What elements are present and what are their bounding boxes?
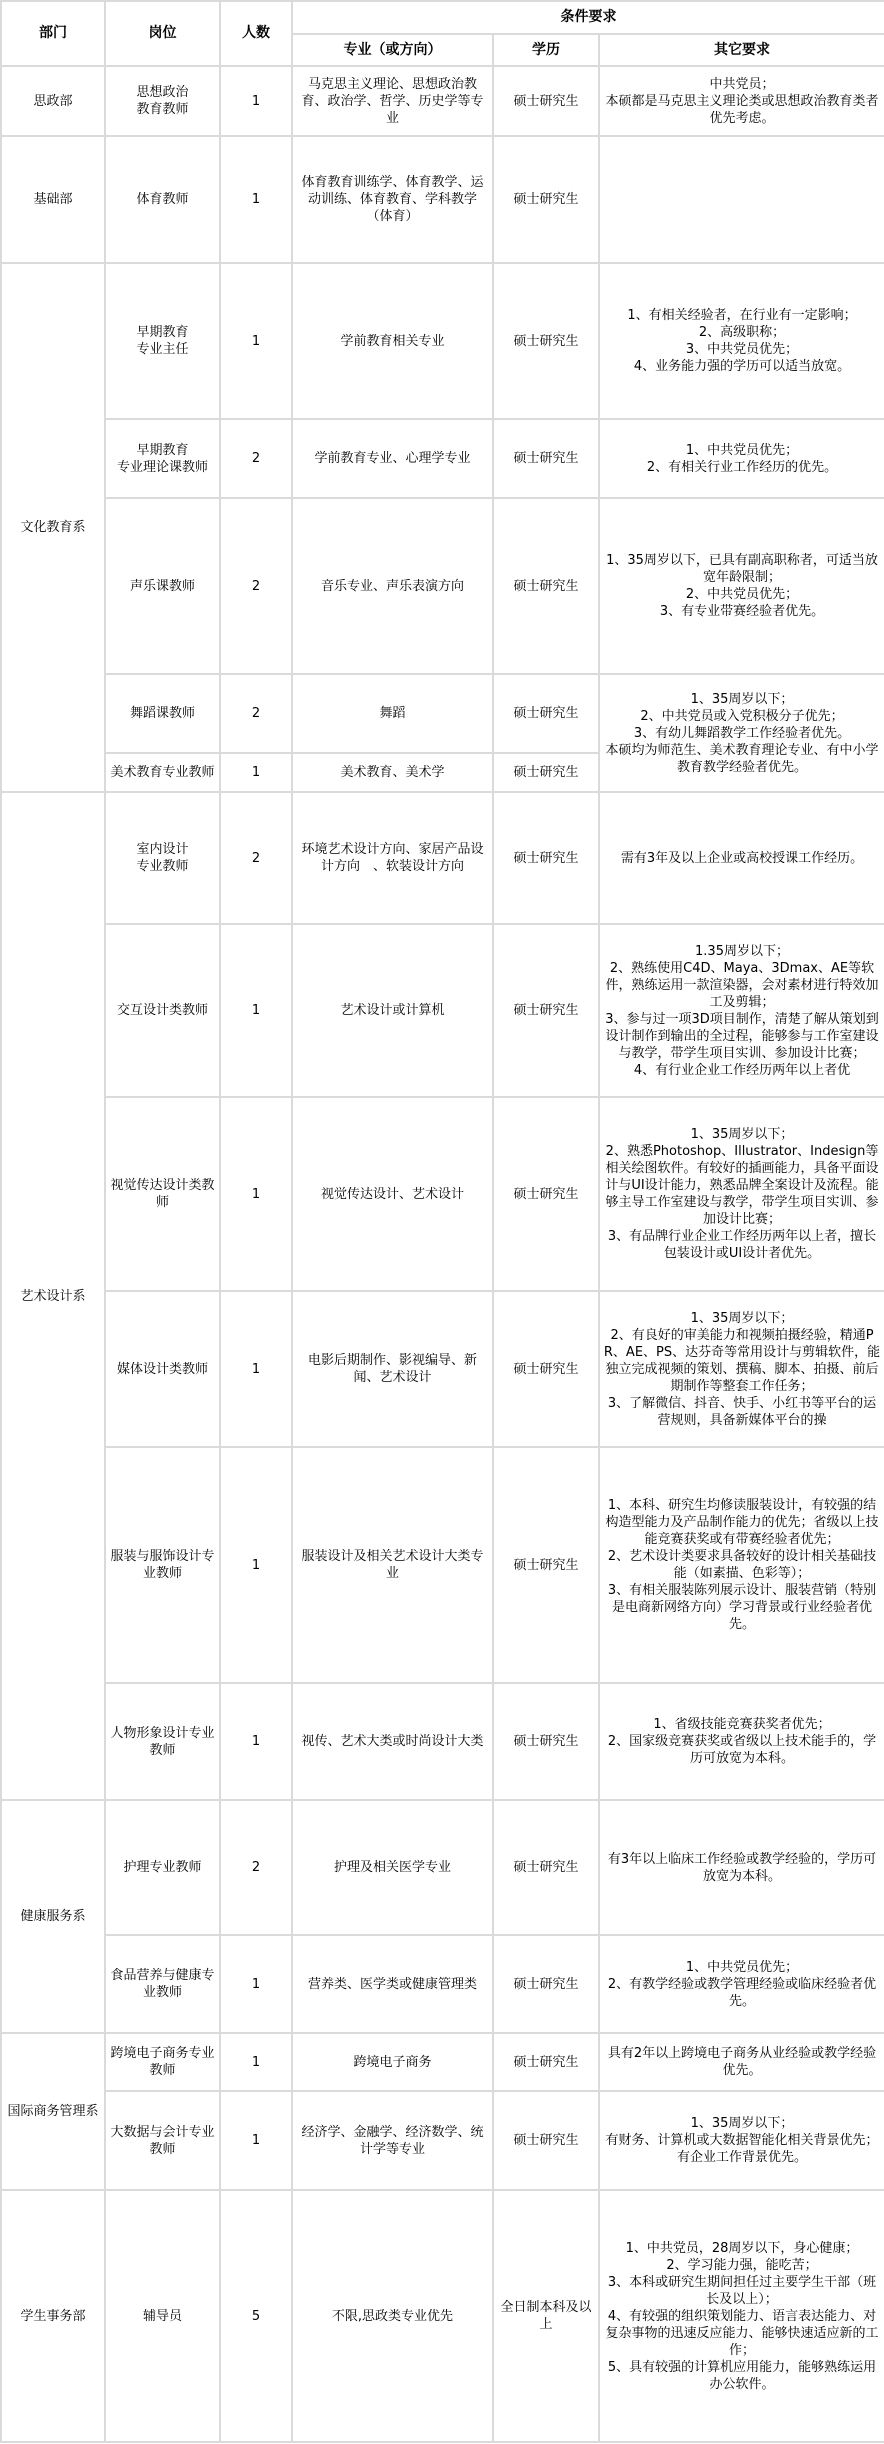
dept-cell: 文化教育系 [1, 263, 105, 792]
table-row: 视觉传达设计类教师 1 视觉传达设计、艺术设计 硕士研究生 1、35周岁以下； … [1, 1097, 884, 1291]
count-cell: 1 [220, 1097, 292, 1291]
education-cell: 硕士研究生 [493, 674, 599, 753]
table-row: 思政部 思想政治 教育教师 1 马克思主义理论、思想政治教育、政治学、哲学、历史… [1, 66, 884, 136]
major-cell: 服装设计及相关艺术设计大类专业 [292, 1447, 493, 1683]
count-cell: 2 [220, 419, 292, 498]
other-cell: 1、35周岁以下； 有财务、计算机或大数据智能化相关背景优先； 有企业工作背景优… [599, 2091, 884, 2190]
header-count: 人数 [220, 1, 292, 66]
header-major: 专业（或方向） [292, 34, 493, 66]
education-cell: 硕士研究生 [493, 66, 599, 136]
other-cell: 1、中共党员优先； 2、有教学经验或教学管理经验或临床经验者优先。 [599, 1935, 884, 2033]
other-cell: 有3年以上临床工作经验或教学经验的，学历可放宽为本科。 [599, 1800, 884, 1935]
table-row: 声乐课教师 2 音乐专业、声乐表演方向 硕士研究生 1、35周岁以下，已具有副高… [1, 498, 884, 674]
education-cell: 硕士研究生 [493, 1447, 599, 1683]
position-cell: 交互设计类教师 [105, 924, 220, 1097]
education-cell: 硕士研究生 [493, 753, 599, 792]
major-cell: 营养类、医学类或健康管理类 [292, 1935, 493, 2033]
other-cell: 1、35周岁以下； 2、熟悉Photoshop、Illustrator、Inde… [599, 1097, 884, 1291]
position-cell: 视觉传达设计类教师 [105, 1097, 220, 1291]
major-cell: 护理及相关医学专业 [292, 1800, 493, 1935]
count-cell: 1 [220, 1291, 292, 1447]
dept-cell: 国际商务管理系 [1, 2033, 105, 2190]
position-cell: 食品营养与健康专业教师 [105, 1935, 220, 2033]
education-cell: 硕士研究生 [493, 419, 599, 498]
education-cell: 硕士研究生 [493, 1291, 599, 1447]
header-conditions: 条件要求 [292, 1, 884, 34]
other-cell [599, 136, 884, 263]
header-position: 岗位 [105, 1, 220, 66]
count-cell: 2 [220, 674, 292, 753]
position-cell: 声乐课教师 [105, 498, 220, 674]
table-row: 健康服务系 护理专业教师 2 护理及相关医学专业 硕士研究生 有3年以上临床工作… [1, 1800, 884, 1935]
table-row: 学生事务部 辅导员 5 不限,思政类专业优先 全日制本科及以上 1、中共党员，2… [1, 2190, 884, 2442]
position-cell: 人物形象设计专业教师 [105, 1683, 220, 1800]
count-cell: 1 [220, 2091, 292, 2190]
count-cell: 1 [220, 66, 292, 136]
other-cell: 1、有相关经验者，在行业有一定影响； 2、高级职称； 3、中共党员优先； 4、业… [599, 263, 884, 419]
other-cell: 1、中共党员，28周岁以下，身心健康； 2、学习能力强，能吃苦； 3、本科或研究… [599, 2190, 884, 2442]
header-education: 学历 [493, 34, 599, 66]
count-cell: 2 [220, 498, 292, 674]
position-cell: 美术教育专业教师 [105, 753, 220, 792]
education-cell: 硕士研究生 [493, 1935, 599, 2033]
count-cell: 2 [220, 1800, 292, 1935]
education-cell: 硕士研究生 [493, 2091, 599, 2190]
count-cell: 1 [220, 924, 292, 1097]
count-cell: 1 [220, 753, 292, 792]
major-cell: 马克思主义理论、思想政治教育、政治学、哲学、历史学等专业 [292, 66, 493, 136]
major-cell: 环境艺术设计方向、家居产品设计方向 、软装设计方向 [292, 792, 493, 924]
table-row: 艺术设计系 室内设计 专业教师 2 环境艺术设计方向、家居产品设计方向 、软装设… [1, 792, 884, 924]
table-row: 交互设计类教师 1 艺术设计或计算机 硕士研究生 1.35周岁以下； 2、熟练使… [1, 924, 884, 1097]
major-cell: 音乐专业、声乐表演方向 [292, 498, 493, 674]
table-row: 人物形象设计专业教师 1 视传、艺术大类或时尚设计大类 硕士研究生 1、省级技能… [1, 1683, 884, 1800]
table-row: 服装与服饰设计专业教师 1 服装设计及相关艺术设计大类专业 硕士研究生 1、本科… [1, 1447, 884, 1683]
position-cell: 跨境电子商务专业教师 [105, 2033, 220, 2091]
major-cell: 学前教育专业、心理学专业 [292, 419, 493, 498]
education-cell: 硕士研究生 [493, 1800, 599, 1935]
education-cell: 硕士研究生 [493, 263, 599, 419]
major-cell: 艺术设计或计算机 [292, 924, 493, 1097]
position-cell: 护理专业教师 [105, 1800, 220, 1935]
other-cell: 需有3年及以上企业或高校授课工作经历。 [599, 792, 884, 924]
education-cell: 硕士研究生 [493, 924, 599, 1097]
education-cell: 硕士研究生 [493, 1097, 599, 1291]
dept-cell: 基础部 [1, 136, 105, 263]
table-row: 基础部 体育教师 1 体育教育训练学、体育教学、运动训练、体育教育、学科教学（体… [1, 136, 884, 263]
table-row: 早期教育 专业理论课教师 2 学前教育专业、心理学专业 硕士研究生 1、中共党员… [1, 419, 884, 498]
table-row: 文化教育系 早期教育 专业主任 1 学前教育相关专业 硕士研究生 1、有相关经验… [1, 263, 884, 419]
education-cell: 硕士研究生 [493, 792, 599, 924]
education-cell: 硕士研究生 [493, 498, 599, 674]
position-cell: 舞蹈课教师 [105, 674, 220, 753]
major-cell: 视觉传达设计、艺术设计 [292, 1097, 493, 1291]
other-cell: 1、35周岁以下，已具有副高职称者，可适当放宽年龄限制； 2、中共党员优先； 3… [599, 498, 884, 674]
position-cell: 早期教育 专业理论课教师 [105, 419, 220, 498]
other-cell: 1、中共党员优先； 2、有相关行业工作经历的优先。 [599, 419, 884, 498]
position-cell: 辅导员 [105, 2190, 220, 2442]
position-cell: 媒体设计类教师 [105, 1291, 220, 1447]
count-cell: 1 [220, 2033, 292, 2091]
position-cell: 室内设计 专业教师 [105, 792, 220, 924]
table-row: 大数据与会计专业教师 1 经济学、金融学、经济数学、统计学等专业 硕士研究生 1… [1, 2091, 884, 2190]
table-row: 媒体设计类教师 1 电影后期制作、影视编导、新闻、艺术设计 硕士研究生 1、35… [1, 1291, 884, 1447]
major-cell: 不限,思政类专业优先 [292, 2190, 493, 2442]
count-cell: 5 [220, 2190, 292, 2442]
count-cell: 1 [220, 136, 292, 263]
count-cell: 2 [220, 792, 292, 924]
other-cell: 1、本科、研究生均修读服装设计，有较强的结构造型能力及产品制作能力的优先；省级以… [599, 1447, 884, 1683]
count-cell: 1 [220, 1683, 292, 1800]
count-cell: 1 [220, 1935, 292, 2033]
major-cell: 视传、艺术大类或时尚设计大类 [292, 1683, 493, 1800]
major-cell: 体育教育训练学、体育教学、运动训练、体育教育、学科教学（体育） [292, 136, 493, 263]
dept-cell: 学生事务部 [1, 2190, 105, 2442]
education-cell: 硕士研究生 [493, 2033, 599, 2091]
header-dept: 部门 [1, 1, 105, 66]
education-cell: 全日制本科及以上 [493, 2190, 599, 2442]
major-cell: 经济学、金融学、经济数学、统计学等专业 [292, 2091, 493, 2190]
position-cell: 早期教育 专业主任 [105, 263, 220, 419]
major-cell: 跨境电子商务 [292, 2033, 493, 2091]
major-cell: 美术教育、美术学 [292, 753, 493, 792]
dept-cell: 艺术设计系 [1, 792, 105, 1800]
other-cell: 具有2年以上跨境电子商务从业经验或教学经验优先。 [599, 2033, 884, 2091]
dept-cell: 思政部 [1, 66, 105, 136]
dept-cell: 健康服务系 [1, 1800, 105, 2033]
position-cell: 体育教师 [105, 136, 220, 263]
count-cell: 1 [220, 263, 292, 419]
table-row: 食品营养与健康专业教师 1 营养类、医学类或健康管理类 硕士研究生 1、中共党员… [1, 1935, 884, 2033]
other-cell: 中共党员； 本硕都是马克思主义理论类或思想政治教育类者优先考虑。 [599, 66, 884, 136]
major-cell: 舞蹈 [292, 674, 493, 753]
major-cell: 电影后期制作、影视编导、新闻、艺术设计 [292, 1291, 493, 1447]
position-cell: 大数据与会计专业教师 [105, 2091, 220, 2190]
education-cell: 硕士研究生 [493, 136, 599, 263]
other-cell: 1、省级技能竞赛获奖者优先； 2、国家级竞赛获奖或省级以上技术能手的，学历可放宽… [599, 1683, 884, 1800]
count-cell: 1 [220, 1447, 292, 1683]
table-row: 国际商务管理系 跨境电子商务专业教师 1 跨境电子商务 硕士研究生 具有2年以上… [1, 2033, 884, 2091]
position-cell: 思想政治 教育教师 [105, 66, 220, 136]
recruitment-table: 部门 岗位 人数 条件要求 专业（或方向） 学历 其它要求 思政部 思想政治 教… [0, 0, 884, 2443]
education-cell: 硕士研究生 [493, 1683, 599, 1800]
position-cell: 服装与服饰设计专业教师 [105, 1447, 220, 1683]
other-cell: 1.35周岁以下； 2、熟练使用C4D、Maya、3Dmax、AE等软件，熟练运… [599, 924, 884, 1097]
other-cell: 1、35周岁以下； 2、中共党员或入党积极分子优先； 3、有幼儿舞蹈教学工作经验… [599, 674, 884, 792]
major-cell: 学前教育相关专业 [292, 263, 493, 419]
table-row: 舞蹈课教师 2 舞蹈 硕士研究生 1、35周岁以下； 2、中共党员或入党积极分子… [1, 674, 884, 753]
header-other: 其它要求 [599, 34, 884, 66]
other-cell: 1、35周岁以下； 2、有良好的审美能力和视频拍摄经验，精通PR、AE、PS、达… [599, 1291, 884, 1447]
